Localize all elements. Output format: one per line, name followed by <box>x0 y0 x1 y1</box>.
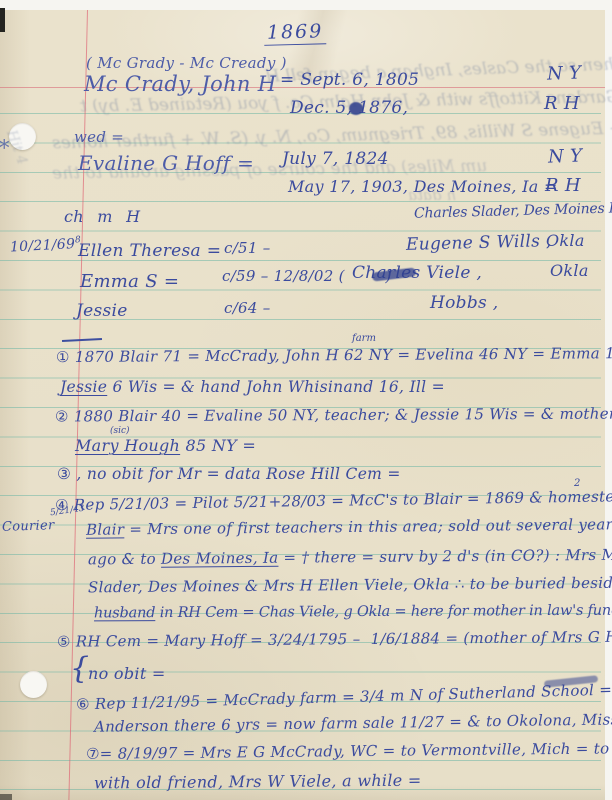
underlined-word: Mary Hough <box>75 436 180 455</box>
note-4-margin-source: Courier <box>2 519 55 535</box>
note-1-line-2-rest: 6 Wis = & hand John Whisinand 16, Ill = <box>107 378 445 396</box>
wife-death-date: May 17, 1903, Des Moines, Ia = <box>288 178 558 196</box>
note-2-line-2: Mary Hough 85 NY = <box>75 437 256 455</box>
ink-blot <box>349 102 363 115</box>
underlined-word: Jessie <box>60 378 107 396</box>
husband-name: Mc Crady, John H <box>84 73 276 96</box>
wife-cemetery-code: R H <box>545 176 581 196</box>
margin-date-text: 10/21/69 <box>10 236 76 255</box>
children-heading: ch m H <box>64 208 140 226</box>
surname-variants: ( Mc Grady - Mc Cready ) <box>86 55 287 72</box>
note-2-line-1: ② 1880 Blair 40 = Evaline 50 NY, teacher… <box>55 406 612 425</box>
note-5-line-2: no obit = <box>88 665 166 683</box>
underlined-word: Des Moines, Ia <box>161 549 279 568</box>
hole-punch-bottom <box>20 671 47 698</box>
paper-shadow <box>0 784 605 800</box>
note-4-line-3-pre: ago & to <box>88 550 161 569</box>
husband-birth-place: N Y <box>547 63 582 84</box>
scan-edge-artifact <box>0 8 5 32</box>
husband-cemetery-code: R H <box>544 94 580 114</box>
child-1-dates: c/51 – <box>224 240 271 257</box>
note-4-line-5: husband in RH Cem = Chas Viele, g Okla =… <box>94 604 612 623</box>
asterisk-mark: * <box>0 136 10 160</box>
child-2-place: Okla <box>550 262 589 280</box>
wife-birth-place: N Y <box>548 146 583 167</box>
child-2-name: Emma S = <box>80 272 179 292</box>
child-1-spouse: Eugene S Wills , <box>406 232 552 254</box>
note-4-superscript: 2 <box>574 478 580 489</box>
scanned-genealogy-notecard: Swithen so the Casles, Inghap a began fe… <box>0 0 612 800</box>
scan-edge-artifact <box>0 794 12 800</box>
note-4-line-5-rest: in RH Cem = Chas Viele, g Okla = here fo… <box>155 603 612 622</box>
note-1-superscript: farm <box>352 333 376 344</box>
child-3-spouse: Hobbs , <box>430 294 498 313</box>
underlined-word: husband <box>94 605 155 621</box>
notepaper: Swithen so the Casles, Inghap a began fe… <box>0 10 605 800</box>
child-1-name: Ellen Theresa = <box>78 242 221 261</box>
note-5-brace: { <box>70 652 89 685</box>
wife-birth-date: July 7, 1824 <box>282 150 389 169</box>
wed-label: wed = <box>74 129 124 146</box>
child-2-spouse: Charles Viele , <box>352 264 482 283</box>
note-3: ③ , no obit for Mr = data Rose Hill Cem … <box>57 466 401 483</box>
husband-birth-date: = Sept. 6, 1805 <box>280 71 419 90</box>
child-3-dates: c/64 – <box>224 300 271 317</box>
child-3-name: Jessie <box>76 302 128 321</box>
note-4-line-3-rest: = † there = surv by 2 d's (in CO?) : Mrs… <box>278 546 612 567</box>
year-heading: 1869 <box>264 21 327 46</box>
note-1-line-1: ① 1870 Blair 71 = McCrady, John H 62 NY … <box>56 345 612 366</box>
note-2-superscript: (sic) <box>110 426 130 436</box>
note-1-line-2: Jessie 6 Wis = & hand John Whisinand 16,… <box>60 379 445 396</box>
wife-name: Evaline G Hoff = <box>78 152 254 174</box>
note-2-line-2-rest: 85 NY = <box>180 436 256 455</box>
underlined-word: Blair <box>86 520 124 538</box>
child-1-place: Okla <box>546 232 585 250</box>
